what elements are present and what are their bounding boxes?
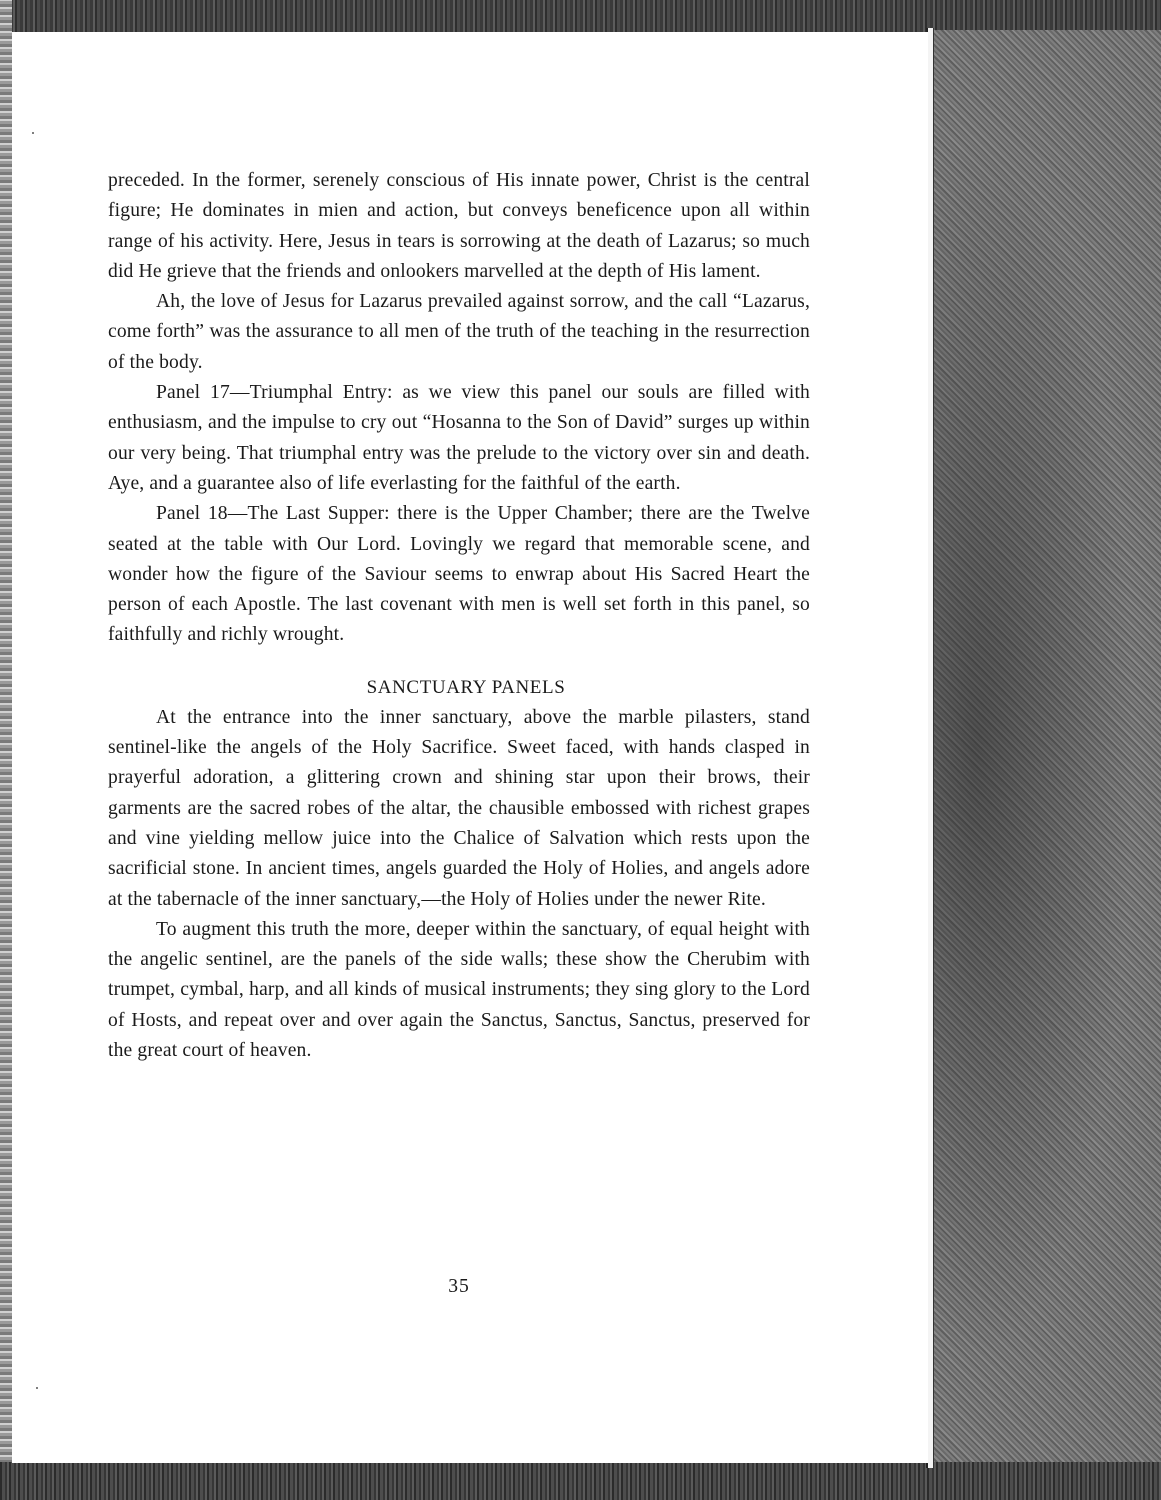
scan-speck <box>36 1387 38 1389</box>
paragraph-sanctuary-angels: At the entrance into the inner sanctuary… <box>108 703 810 915</box>
paragraph-lazarus-love: Ah, the love of Jesus for Lazarus prevai… <box>108 287 810 378</box>
text-column: preceded. In the former, serenely consci… <box>108 166 810 1066</box>
page-number: 35 <box>108 1276 810 1298</box>
scan-background-right <box>930 30 1161 1465</box>
paragraph-sanctuary-cherubim: To augment this truth the more, deeper w… <box>108 915 810 1066</box>
scan-border-top <box>0 0 1161 34</box>
paragraph-panel-18: Panel 18—The Last Supper: there is the U… <box>108 499 810 650</box>
paragraph-lazarus-intro: preceded. In the former, serenely consci… <box>108 166 810 287</box>
scan-border-left <box>0 0 12 1500</box>
scan-border-bottom <box>0 1462 1161 1500</box>
section-heading: SANCTUARY PANELS <box>108 673 810 703</box>
paragraph-panel-17: Panel 17—Triumphal Entry: as we view thi… <box>108 378 810 499</box>
scan-speck <box>32 132 34 134</box>
